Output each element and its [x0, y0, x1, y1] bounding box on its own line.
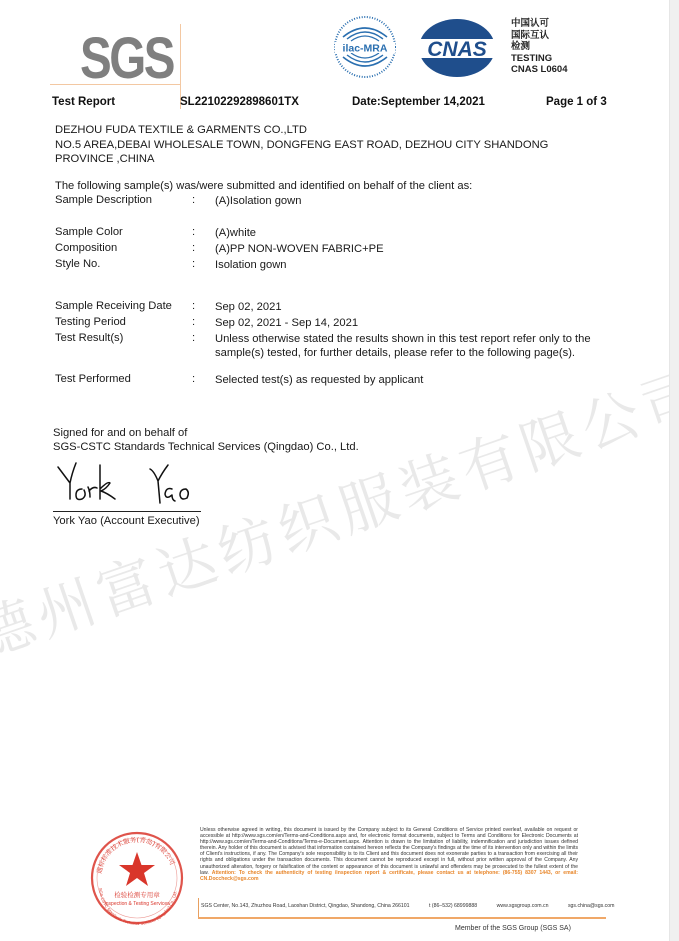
cnas-logo-icon: CNAS: [416, 17, 498, 79]
field-label: Test Result(s): [55, 332, 123, 344]
client-address-line2: PROVINCE ,CHINA: [55, 152, 154, 166]
field-separator: :: [192, 226, 195, 238]
field-label: Composition: [55, 242, 117, 254]
field-label: Sample Receiving Date: [55, 300, 172, 312]
client-address-line1: NO.5 AREA,DEBAI WHOLESALE TOWN, DONGFENG…: [55, 138, 548, 152]
field-label: Test Performed: [55, 373, 131, 385]
signature-line: [53, 511, 201, 512]
field-separator: :: [192, 258, 195, 270]
field-value: Isolation gown: [215, 258, 287, 272]
field-value-line: Unless otherwise stated the results show…: [215, 332, 591, 346]
field-value: Selected test(s) as requested by applica…: [215, 373, 423, 387]
official-seal-icon: 检验检测专用章 Inspection & Testing Services 通标…: [85, 826, 190, 931]
field-separator: :: [192, 373, 195, 385]
logo-guide-horizontal: [50, 84, 180, 85]
footer-address: SGS Center, No.143, Zhuzhou Road, Laosha…: [201, 903, 410, 909]
field-separator: :: [192, 194, 195, 206]
field-value: (A)PP NON-WOVEN FABRIC+PE: [215, 242, 384, 256]
footer-website[interactable]: www.sgsgroup.com.cn: [497, 903, 549, 909]
field-value: (A)white: [215, 226, 256, 240]
svg-text:检验检测专用章: 检验检测专用章: [114, 890, 160, 899]
report-label: Test Report: [52, 96, 115, 108]
cnas-line: TESTING: [511, 53, 568, 65]
field-label: Testing Period: [55, 316, 126, 328]
signature-icon: [56, 459, 196, 509]
field-label: Sample Color: [55, 226, 123, 238]
footer-divider-vertical: [198, 898, 199, 918]
field-separator: :: [192, 300, 195, 312]
cnas-line: 检测: [511, 41, 568, 53]
field-label: Sample Description: [55, 194, 152, 206]
cnas-line: CNAS L0604: [511, 64, 568, 76]
signoff-line2: SGS-CSTC Standards Technical Services (Q…: [53, 440, 359, 454]
footer-divider-horizontal: [198, 917, 606, 919]
svg-text:ilac-MRA: ilac-MRA: [343, 43, 388, 55]
field-separator: :: [192, 332, 195, 344]
cnas-line: 国际互认: [511, 30, 568, 42]
signoff-line1: Signed for and on behalf of: [53, 426, 187, 440]
svg-text:Inspection & Testing Services: Inspection & Testing Services: [104, 901, 170, 907]
field-value: (A)Isolation gown: [215, 194, 301, 208]
intro-text: The following sample(s) was/were submitt…: [55, 179, 472, 193]
footer-member-text: Member of the SGS Group (SGS SA): [455, 925, 571, 932]
signatory-name: York Yao (Account Executive): [53, 514, 200, 528]
footer-legal-text: Unless otherwise agreed in writing, this…: [200, 827, 578, 882]
viewer-scrollbar[interactable]: [669, 0, 679, 941]
field-value: Sep 02, 2021 - Sep 14, 2021: [215, 316, 358, 330]
report-number: SL22102292898601TX: [180, 96, 299, 108]
sgs-logo: SGS: [80, 30, 173, 88]
cnas-accreditation-text: 中国认可 国际互认 检测 TESTING CNAS L0604: [511, 18, 568, 76]
legal-disclaimer: Unless otherwise agreed in writing, this…: [200, 827, 578, 876]
footer-email[interactable]: sgs.china@sgs.com: [568, 903, 615, 909]
ilac-mra-logo-icon: ilac-MRA: [333, 15, 397, 79]
field-label: Style No.: [55, 258, 100, 270]
report-date: Date:September 14,2021: [352, 96, 485, 108]
svg-text:CNAS: CNAS: [427, 38, 487, 61]
watermark-text: 德州富达纺织服装有限公司: [0, 345, 670, 674]
page-indicator: Page 1 of 3: [546, 96, 607, 108]
footer-contact-row: SGS Center, No.143, Zhuzhou Road, Laosha…: [201, 903, 632, 909]
field-separator: :: [192, 242, 195, 254]
field-value: Sep 02, 2021: [215, 300, 282, 314]
field-value-line: sample(s) tested, for further details, p…: [215, 346, 575, 360]
cnas-line: 中国认可: [511, 18, 568, 30]
client-name: DEZHOU FUDA TEXTILE & GARMENTS CO.,LTD: [55, 123, 307, 137]
field-separator: :: [192, 316, 195, 328]
footer-phone: t (86–532) 68999888: [429, 903, 477, 909]
authenticity-notice: Attention: To check the authenticity of …: [200, 870, 578, 882]
report-page: SGS ilac-MRA CNAS 中国认可 国际互认 检测 TESTING C…: [0, 0, 670, 941]
